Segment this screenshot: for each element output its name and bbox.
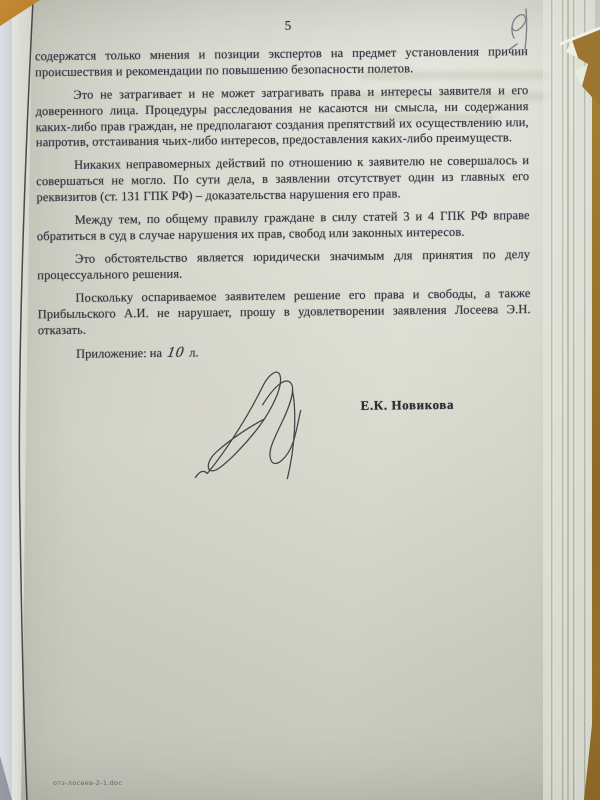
attachment-count-handwritten: 10 <box>166 346 186 362</box>
photographed-document-page: 5 содержатся только мнения и позиции экс… <box>0 0 600 800</box>
attachment-label: Приложение: на <box>76 346 162 361</box>
paragraph: Поскольку оспариваемое заявителем решени… <box>37 286 530 339</box>
signature-block: Е.К. Новикова <box>38 364 532 494</box>
attachment-unit: л. <box>189 346 199 360</box>
document-body: 5 содержатся только мнения и позиции экс… <box>35 15 533 494</box>
page-number: 5 <box>285 15 528 33</box>
footer-filename: отз-лосеев-2-1.doc <box>53 779 122 787</box>
paragraph: Это обстоятельство является юридически з… <box>37 247 530 284</box>
paragraph: Это не затрагивает и не может затрагиват… <box>35 83 529 152</box>
paragraph: Между тем, по общему правилу граждане в … <box>37 208 530 245</box>
paragraph: содержатся только мнения и позиции экспе… <box>35 44 528 81</box>
signature-icon <box>188 360 349 492</box>
signatory-name: Е.К. Новикова <box>361 397 455 414</box>
page-stack-edge-line <box>567 0 569 800</box>
paragraph: Никаких неправомерных действий по отноше… <box>36 153 529 206</box>
page-stack-edges <box>543 0 595 800</box>
